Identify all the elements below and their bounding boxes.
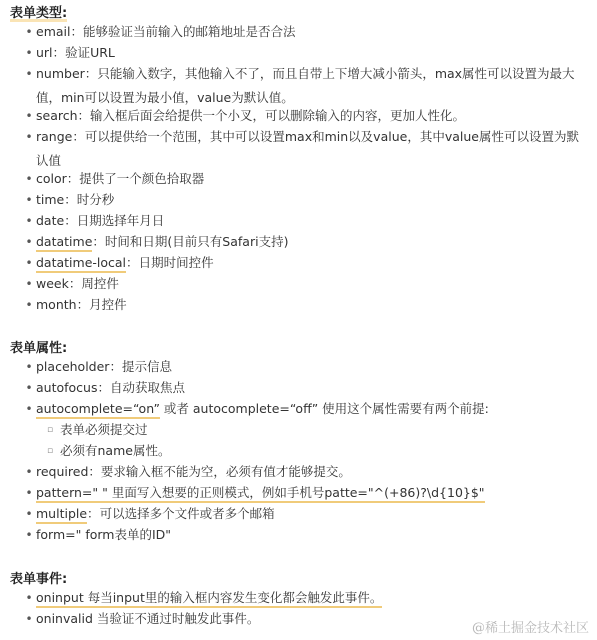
watermark: @稀土掘金技术社区 — [472, 617, 589, 636]
bullet-icon: • — [23, 213, 35, 229]
bullet-icon: • — [23, 464, 35, 480]
bullet-icon: • — [23, 380, 35, 396]
bullet-icon: • — [23, 234, 35, 250]
section-heading-form-events: 表单事件: — [10, 568, 67, 588]
section-heading-form-attributes: 表单属性: — [10, 337, 67, 357]
sub-bullet-icon: ▫ — [44, 422, 56, 438]
bullet-icon: • — [23, 192, 35, 208]
bullet-icon: • — [23, 611, 35, 627]
bullet-icon: • — [23, 45, 35, 61]
bullet-icon: • — [23, 527, 35, 543]
bullet-icon: • — [23, 297, 35, 313]
bullet-icon: • — [23, 276, 35, 292]
bullet-icon: • — [23, 359, 35, 375]
bullet-icon: • — [23, 171, 35, 187]
bullet-icon: • — [23, 66, 35, 82]
bullet-icon: • — [23, 485, 35, 501]
bullet-icon: • — [23, 24, 35, 40]
bullet-icon: • — [23, 255, 35, 271]
bullet-icon: • — [23, 401, 35, 417]
sub-bullet-icon: ▫ — [44, 443, 56, 459]
bullet-icon: • — [23, 590, 35, 606]
bullet-icon: • — [23, 108, 35, 124]
bullet-icon: • — [23, 129, 35, 145]
section-heading-form-types: 表单类型: — [10, 2, 67, 22]
bullet-icon: • — [23, 506, 35, 522]
